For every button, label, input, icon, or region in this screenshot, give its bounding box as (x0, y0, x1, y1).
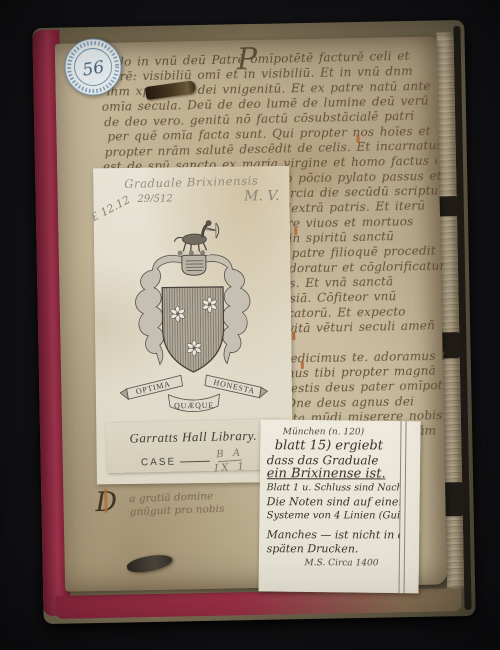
case-dash (180, 461, 210, 463)
note-line: Blatt 1 u. Schluss sind Nachträge. (267, 481, 400, 495)
coat-of-arms: OPTIMA HONESTA QUÆQUE (112, 214, 274, 421)
manuscript-book: C P redo in vnū deū Patrē omīpotētē fact… (32, 20, 475, 624)
pencil-shelfmark: 29/512 (137, 193, 172, 204)
decorated-initial-d: D (95, 487, 117, 518)
rubric-mark (292, 331, 295, 340)
pencil-case-mark: B A IX 1 (213, 447, 247, 474)
note-line: späten Drucken. (267, 542, 400, 556)
note-line: ein Brixinense ist. (267, 467, 400, 481)
note-text: München (n. 120)blatt 15) ergiebtdass da… (267, 425, 400, 570)
note-line: M.S. Circa 1400 (305, 556, 400, 570)
note-line: dass das Graduale (267, 453, 400, 467)
note-line: Die Noten sind auf einem (267, 495, 400, 509)
colophon-lines: a gratiā dominegnūguit pro nobis (129, 490, 224, 519)
library-label: Garratts Hall Library. CASE B A IX 1 (106, 419, 281, 473)
motto-center: QUÆQUE (174, 401, 214, 410)
note-line: Systeme von 4 Linien (Guid. u. … (267, 509, 400, 523)
cataloguer-note: München (n. 120)blatt 15) ergiebtdass da… (259, 419, 421, 593)
pencil-initials: M. V. (244, 188, 280, 204)
helmet (182, 255, 206, 275)
rubric-mark (356, 134, 359, 143)
motto-right: HONESTA (213, 378, 256, 396)
library-label-title: Garratts Hall Library. (106, 427, 280, 447)
rubric-mark (294, 227, 297, 235)
case-mark-top: B A (216, 447, 243, 460)
note-line: München (n. 120) (283, 425, 400, 439)
case-label: CASE (141, 457, 176, 469)
photo-background: C P redo in vnū deū Patrē omīpotētē fact… (0, 0, 500, 650)
crest-centaur (174, 220, 219, 252)
case-mark-bottom: IX 1 (214, 461, 247, 474)
parchment-page: C P redo in vnū deū Patrē omīpotētē fact… (55, 36, 447, 591)
colophon-line: gnūguit pro nobis (130, 503, 225, 519)
clasp-remnant (126, 552, 174, 576)
note-line: Manches — ist nicht in den (267, 528, 400, 542)
note-line: blatt 15) ergiebt (275, 439, 400, 453)
motto-left: OPTIMA (135, 379, 172, 396)
shelfmark-sticker: 56 (63, 36, 124, 97)
sticker-number: 56 (81, 57, 106, 80)
rubric-mark (301, 361, 304, 369)
